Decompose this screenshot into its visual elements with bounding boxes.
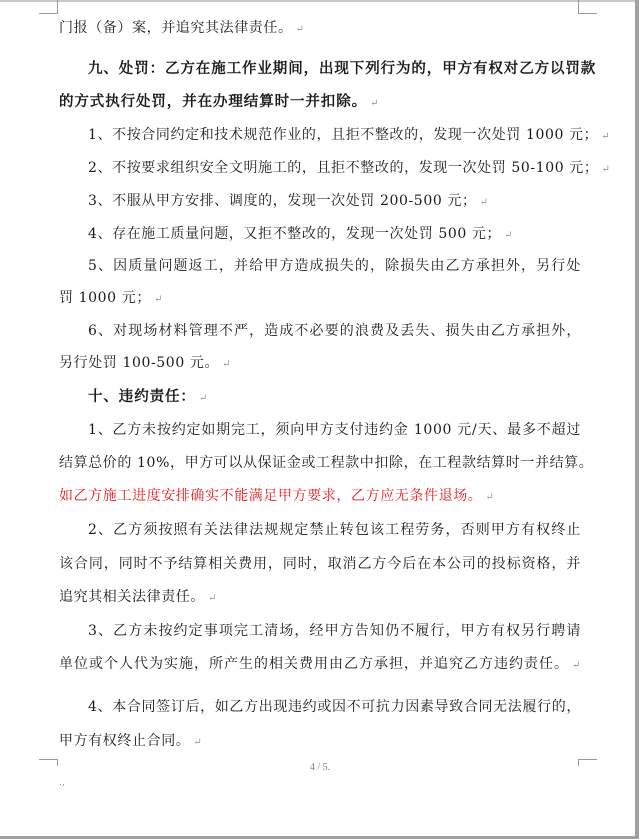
line-text: 另行处罚 100-500 元。 <box>59 355 219 371</box>
page-number: 4 / 5. <box>300 762 340 773</box>
document-line: 2、不按要求组织安全文明施工的，且拒不整改的，发现一次处罚 50-100 元；↵ <box>88 159 581 179</box>
paragraph-mark-icon: ↵ <box>485 492 494 503</box>
line-text: 2、乙方须按照有关法律法规规定禁止转包该工程劳务，否则甲方有权终止 <box>88 522 581 538</box>
document-line: 门报（备）案，并追究其法律责任。↵ <box>59 19 581 39</box>
document-line: 追究其相关法律责任。↵ <box>59 588 581 608</box>
line-text: 6、对现场材料管理不严，造成不必要的浪费及丢失、损失由乙方承担外， <box>88 323 581 339</box>
line-text: 4、本合同签订后，如乙方出现违约或因不可抗力因素导致合同无法履行的， <box>88 699 581 715</box>
line-text: 追究其相关法律责任。 <box>59 589 205 605</box>
line-text: 单位或个人代为实施，所产生的相关费用由乙方承担，并追究乙方违约责任。 <box>59 656 569 672</box>
paragraph-mark-icon: ↵ <box>504 230 513 241</box>
paragraph-mark-icon: ↵ <box>601 164 610 175</box>
margin-corner-top-right <box>578 0 597 14</box>
document-line: 2、乙方须按照有关法律法规规定禁止转包该工程劳务，否则甲方有权终止 <box>88 521 581 539</box>
margin-corner-top-left <box>39 0 58 14</box>
line-text: 的方式执行处罚，并在办理结算时一并扣除。 <box>59 93 367 110</box>
document-line: 的方式执行处罚，并在办理结算时一并扣除。↵ <box>59 93 581 113</box>
document-line: 九、处罚：乙方在施工作业期间，出现下列行为的，甲方有权对乙方以罚款 <box>88 60 581 78</box>
document-line: 5、因质量问题返工，并给甲方造成损失的，除损失由乙方承担外，另行处 <box>88 257 581 275</box>
paragraph-mark-icon: ↵ <box>601 131 610 142</box>
document-line: 如乙方施工进度安排确实不能满足甲方要求，乙方应无条件退场。↵ <box>59 487 581 507</box>
document-line: 十、违约责任：↵ <box>88 388 581 408</box>
page-right-border <box>635 0 639 839</box>
line-text: 3、乙方未按约定事项完工清场，经甲方告知仍不履行，甲方有权另行聘请 <box>88 623 581 639</box>
document-line: 4、本合同签订后，如乙方出现违约或因不可抗力因素导致合同无法履行的， <box>88 698 581 716</box>
document-line: 3、乙方未按约定事项完工清场，经甲方告知仍不履行，甲方有权另行聘请 <box>88 622 581 640</box>
line-text: 1、不按合同约定和技术规范作业的，且拒不整改的，发现一次处罚 1000 元； <box>88 127 598 143</box>
document-line: 该合同，同时不予结算相关费用，同时，取消乙方今后在本公司的投标资格，并 <box>59 555 581 573</box>
paragraph-mark-icon: ↵ <box>193 737 202 748</box>
footer-paragraph-mark: ., <box>59 778 65 788</box>
margin-corner-bottom-right <box>578 759 597 766</box>
line-text: 如乙方施工进度安排确实不能满足甲方要求，乙方应无条件退场。 <box>59 488 482 504</box>
paragraph-mark-icon: ↵ <box>370 98 379 109</box>
paragraph-mark-icon: ↵ <box>199 393 208 404</box>
paragraph-mark-icon: ↵ <box>154 294 163 305</box>
document-line: 结算总价的 10%，甲方可以从保证金或工程款中扣除，在工程款结算时一并结算。 <box>59 454 581 472</box>
document-line: 1、乙方未按约定如期完工，须向甲方支付违约金 1000 元/天、最多不超过 <box>88 421 581 439</box>
paragraph-mark-icon: ↵ <box>572 660 581 671</box>
page-top-border <box>0 0 639 2</box>
paragraph-mark-icon: ↵ <box>296 24 305 35</box>
document-line: 罚 1000 元；↵ <box>59 289 581 309</box>
document-line: 6、对现场材料管理不严，造成不必要的浪费及丢失、损失由乙方承担外， <box>88 322 581 340</box>
line-text: 4、存在施工质量问题，又拒不整改的，发现一次处罚 500 元； <box>88 226 501 242</box>
line-text: 该合同，同时不予结算相关费用，同时，取消乙方今后在本公司的投标资格，并 <box>59 556 581 572</box>
paragraph-mark-icon: ↵ <box>480 197 489 208</box>
document-line: 4、存在施工质量问题，又拒不整改的，发现一次处罚 500 元；↵ <box>88 225 581 245</box>
line-text: 3、不服从甲方安排、调度的，发现一次处罚 200-500 元； <box>88 193 477 209</box>
line-text: 十、违约责任： <box>88 388 196 405</box>
paragraph-mark-icon: ↵ <box>222 359 231 370</box>
paragraph-mark-icon: ↵ <box>208 593 217 604</box>
line-text: 1、乙方未按约定如期完工，须向甲方支付违约金 1000 元/天、最多不超过 <box>88 422 581 438</box>
line-text: 九、处罚：乙方在施工作业期间，出现下列行为的，甲方有权对乙方以罚款 <box>88 60 596 77</box>
document-line: 另行处罚 100-500 元。↵ <box>59 354 581 374</box>
line-text: 5、因质量问题返工，并给甲方造成损失的，除损失由乙方承担外，另行处 <box>88 258 581 274</box>
line-text: 甲方有权终止合同。 <box>59 733 190 749</box>
line-text: 结算总价的 10%，甲方可以从保证金或工程款中扣除，在工程款结算时一并结算。 <box>59 455 593 471</box>
line-text: 2、不按要求组织安全文明施工的，且拒不整改的，发现一次处罚 50-100 元； <box>88 160 598 176</box>
line-text: 门报（备）案，并追究其法律责任。 <box>59 20 293 36</box>
margin-corner-bottom-left <box>39 759 58 766</box>
document-line: 甲方有权终止合同。↵ <box>59 732 581 752</box>
document-line: 单位或个人代为实施，所产生的相关费用由乙方承担，并追究乙方违约责任。↵ <box>59 655 581 675</box>
document-line: 1、不按合同约定和技术规范作业的，且拒不整改的，发现一次处罚 1000 元；↵ <box>88 126 581 146</box>
line-text: 罚 1000 元； <box>59 290 151 306</box>
document-line: 3、不服从甲方安排、调度的，发现一次处罚 200-500 元；↵ <box>88 192 581 212</box>
